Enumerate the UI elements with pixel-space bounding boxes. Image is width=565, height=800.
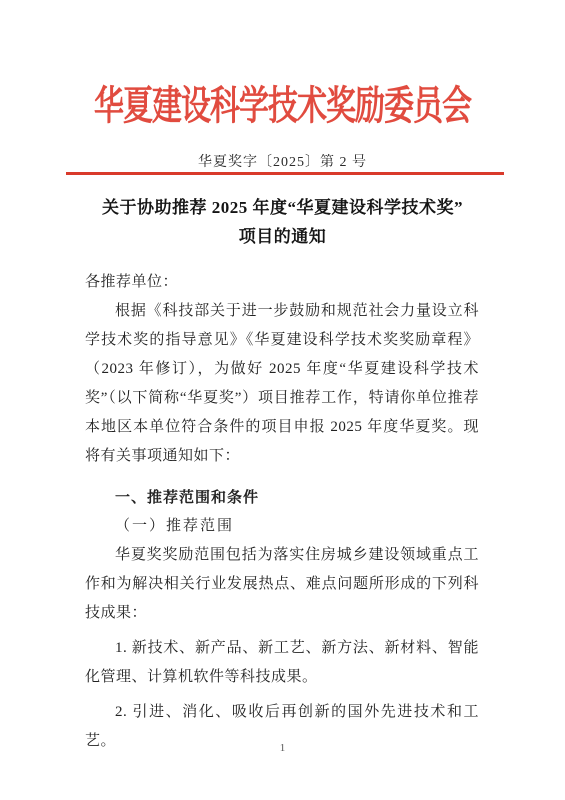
document-page: 华夏建设科学技术奖励委员会 华夏奖字〔2025〕第 2 号 关于协助推荐 202… bbox=[0, 0, 565, 800]
red-divider-line bbox=[66, 172, 504, 175]
document-number: 华夏奖字〔2025〕第 2 号 bbox=[0, 151, 565, 171]
issuing-authority-title-text: 华夏建设科学技术奖励委员会 bbox=[94, 73, 471, 131]
document-title-line2: 项目的通知 bbox=[40, 222, 525, 251]
paragraph-scope: 华夏奖奖励范围包括为落实住房城乡建设领域重点工作和为解决相关行业发展热点、难点问… bbox=[85, 541, 479, 628]
section-heading: 一、推荐范围和条件 bbox=[85, 483, 479, 512]
paragraph-intro: 根据《科技部关于进一步鼓励和规范社会力量设立科学技术奖的指导意见》《华夏建设科学… bbox=[85, 297, 479, 471]
list-item-1: 1. 新技术、新产品、新工艺、新方法、新材料、智能化管理、计算机软件等科技成果。 bbox=[85, 634, 479, 692]
page-number: 1 bbox=[0, 742, 565, 754]
document-title-line1: 关于协助推荐 2025 年度“华夏建设科学技术奖” bbox=[40, 193, 525, 222]
document-title: 关于协助推荐 2025 年度“华夏建设科学技术奖” 项目的通知 bbox=[40, 193, 525, 251]
subsection-heading: （一）推荐范围 bbox=[85, 512, 479, 541]
salutation: 各推荐单位： bbox=[85, 268, 479, 297]
issuing-authority-title: 华夏建设科学技术奖励委员会 bbox=[0, 80, 565, 124]
document-body: 各推荐单位： 根据《科技部关于进一步鼓励和规范社会力量设立科学技术奖的指导意见》… bbox=[85, 268, 479, 756]
